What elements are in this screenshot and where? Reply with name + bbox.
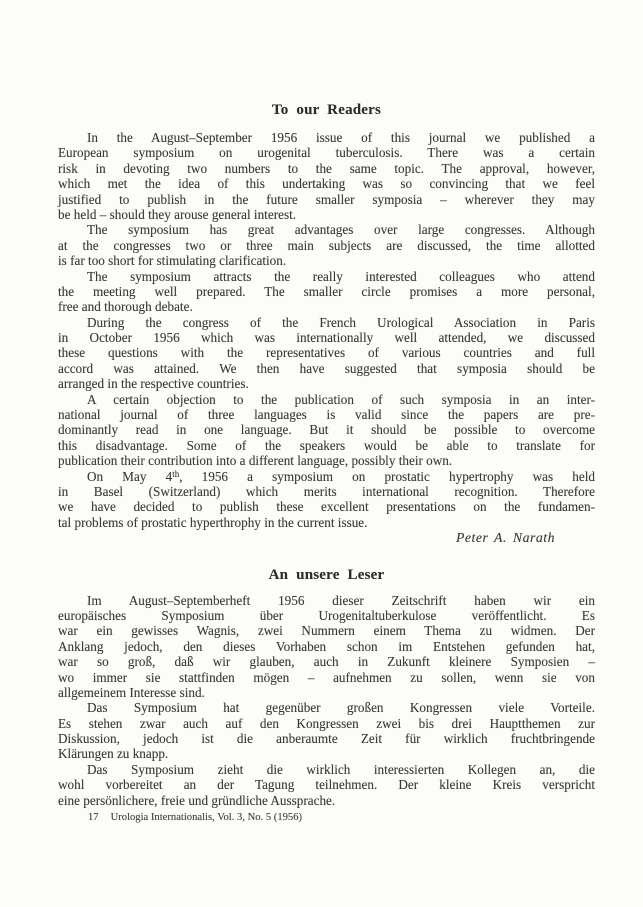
text-line: war so groß, daß wir glauben, auch in Zu… bbox=[58, 654, 595, 669]
text-line: we have decided to publish these excelle… bbox=[58, 499, 595, 514]
text-line: The symposium has great advantages over … bbox=[58, 222, 595, 237]
text-line: europäisches Symposium über Urogenitaltu… bbox=[58, 608, 595, 623]
text-line: Anklang jedoch, den dieses Vorhaben scho… bbox=[58, 639, 595, 654]
text-line: this disadvantage. Some of the speakers … bbox=[58, 438, 595, 453]
journal-footer: 17Urologia Internationalis, Vol. 3, No. … bbox=[58, 811, 595, 824]
text-line: justified to publish in the future small… bbox=[58, 192, 595, 207]
text-line: Diskussion, jedoch ist die anberaumte Ze… bbox=[58, 731, 595, 746]
text-line: allgemeinem Interesse sind. bbox=[58, 685, 595, 700]
text-line: In the August–September 1956 issue of th… bbox=[58, 130, 595, 145]
paragraph-de-3: Das Symposium zieht die wirklich interes… bbox=[58, 762, 595, 808]
date-pre: On May 4 bbox=[87, 469, 172, 484]
text-line: wo immer sie stattfinden mögen – aufnehm… bbox=[58, 670, 595, 685]
author-signature: Peter A. Narath bbox=[58, 530, 595, 545]
text-line: Das Symposium zieht die wirklich interes… bbox=[58, 762, 595, 777]
text-line: Das Symposium hat gegenüber großen Kongr… bbox=[58, 700, 595, 715]
text-line: arranged in the respective countries. bbox=[58, 376, 595, 391]
text-line: wohl vorbereitet an der Tagung teilnehme… bbox=[58, 777, 595, 792]
journal-page: To our Readers In the August–September 1… bbox=[0, 0, 643, 907]
date-post: , 1956 a symposium on prostatic hypertro… bbox=[179, 469, 595, 484]
paragraph-en-5: A certain objection to the publication o… bbox=[58, 392, 595, 469]
text-line: publication their contribution into a di… bbox=[58, 453, 595, 468]
paragraph-en-2: The symposium has great advantages over … bbox=[58, 222, 595, 268]
paragraph-en-6: On May 4th, 1956 a symposium on prostati… bbox=[58, 469, 595, 531]
text-line: free and thorough debate. bbox=[58, 299, 595, 314]
text-line: During the congress of the French Urolog… bbox=[58, 315, 595, 330]
text-line: at the congresses two or three main subj… bbox=[58, 238, 595, 253]
paragraph-en-4: During the congress of the French Urolog… bbox=[58, 315, 595, 392]
text-line: eine persönlichere, freie und gründliche… bbox=[58, 793, 595, 808]
text-line: dominantly read in one language. But it … bbox=[58, 422, 595, 437]
text-line: On May 4th, 1956 a symposium on prostati… bbox=[58, 469, 595, 484]
text-line: The symposium attracts the really intere… bbox=[58, 269, 595, 284]
text-line: Es stehen zwar auch auf den Kongressen z… bbox=[58, 716, 595, 731]
text-column: To our Readers In the August–September 1… bbox=[58, 103, 595, 824]
paragraph-de-2: Das Symposium hat gegenüber großen Kongr… bbox=[58, 700, 595, 762]
text-line: European symposium on urogenital tubercu… bbox=[58, 145, 595, 160]
text-line: these questions with the representatives… bbox=[58, 345, 595, 360]
text-line: Im August–Septemberheft 1956 dieser Zeit… bbox=[58, 593, 595, 608]
paragraph-en-3: The symposium attracts the really intere… bbox=[58, 269, 595, 315]
ordinal-superscript: th bbox=[172, 469, 179, 479]
text-line: national journal of three languages is v… bbox=[58, 407, 595, 422]
text-line: tal problems of prostatic hyperthrophy i… bbox=[58, 515, 595, 530]
english-section-title: To our Readers bbox=[58, 103, 595, 118]
text-line: risk in devoting two numbers to the same… bbox=[58, 161, 595, 176]
text-line: war ein gewisses Wagnis, zwei Nummern ei… bbox=[58, 623, 595, 638]
german-section-title: An unsere Leser bbox=[58, 568, 595, 583]
text-line: Klärungen zu knapp. bbox=[58, 746, 595, 761]
text-line: be held – should they arouse general int… bbox=[58, 207, 595, 222]
text-line: which met the idea of this undertaking w… bbox=[58, 176, 595, 191]
text-line: in Basel (Switzerland) which merits inte… bbox=[58, 484, 595, 499]
paragraph-en-1: In the August–September 1956 issue of th… bbox=[58, 130, 595, 222]
text-line: in October 1956 which was internationall… bbox=[58, 330, 595, 345]
journal-reference: Urologia Internationalis, Vol. 3, No. 5 … bbox=[111, 812, 302, 823]
text-line: A certain objection to the publication o… bbox=[58, 392, 595, 407]
text-line: accord was attained. We then have sugges… bbox=[58, 361, 595, 376]
paragraph-de-1: Im August–Septemberheft 1956 dieser Zeit… bbox=[58, 593, 595, 701]
text-line: the meeting well prepared. The smaller c… bbox=[58, 284, 595, 299]
page-number: 17 bbox=[88, 812, 99, 823]
text-line: is far too short for stimulating clarifi… bbox=[58, 253, 595, 268]
